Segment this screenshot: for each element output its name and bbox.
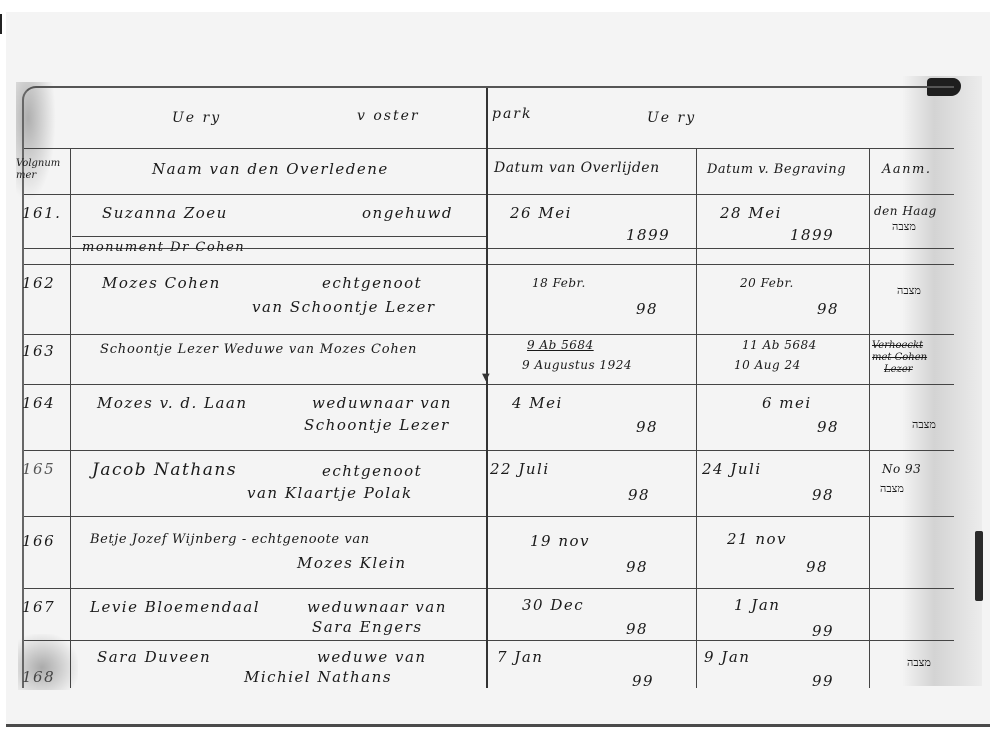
deceased-name: Mozes Cohen — [102, 274, 221, 292]
deceased-name: Sara Duveen — [97, 648, 211, 666]
deceased-status: weduwe van — [317, 648, 427, 666]
death-date-gregorian: 9 Augustus 1924 — [522, 358, 632, 372]
arrow-down-icon: ▼ — [482, 372, 490, 383]
col-header-number: Volgnum mer — [16, 158, 66, 182]
remark-hebrew: מצבה — [907, 656, 931, 669]
death-day: 19 nov — [530, 532, 590, 550]
remark-line: Verhoeckt — [872, 340, 923, 351]
row-number: 161. — [22, 204, 61, 222]
rule-col-burial — [869, 148, 870, 688]
scan-edge-mark — [0, 14, 2, 34]
burial-year: 1899 — [790, 226, 834, 244]
rule-col-number — [70, 148, 71, 688]
row-number: 162 — [22, 274, 55, 292]
burial-day: 20 Febr. — [740, 276, 794, 290]
scan-margin — [0, 0, 1000, 12]
remark-line: met Cohen — [872, 352, 927, 363]
row-number: 165 — [22, 460, 55, 478]
row-number: 166 — [22, 532, 55, 550]
deceased-relation: Michiel Nathans — [244, 668, 392, 686]
rule-row — [24, 640, 954, 641]
title-left-part1: Ue ry — [172, 110, 221, 126]
death-day: 26 Mei — [510, 204, 572, 222]
rule-page-fold — [486, 88, 488, 688]
deceased-relation: Mozes Klein — [297, 554, 406, 572]
col-header-remarks: Aanm. — [882, 162, 931, 177]
rule-row — [24, 384, 954, 385]
remark-hebrew: מצבה — [892, 220, 916, 233]
rule-row — [72, 236, 487, 237]
col-header-burial-date: Datum v. Begraving — [707, 162, 846, 177]
rule-row — [24, 588, 954, 589]
deceased-status: echtgenoot — [322, 462, 422, 480]
burial-date-gregorian: 10 Aug 24 — [734, 358, 801, 372]
deceased-relation: van Klaartje Polak — [247, 484, 413, 502]
title-right-part2: Ue ry — [647, 110, 696, 126]
death-date-hebrew: 9 Ab 5684 — [527, 338, 594, 352]
rule-row — [24, 516, 954, 517]
rule-row — [24, 264, 954, 265]
row-number: 164 — [22, 394, 55, 412]
rule-header — [24, 148, 954, 149]
binding-edge — [975, 531, 983, 601]
rule-columns — [24, 194, 954, 195]
remark-place: den Haag — [874, 204, 937, 218]
death-year: 1899 — [626, 226, 670, 244]
burial-day: 1 Jan — [734, 596, 780, 614]
deceased-name: Betje Jozef Wijnberg - echtgenoote van — [90, 532, 370, 547]
death-year: 98 — [636, 418, 658, 436]
row-number: 163 — [22, 342, 55, 360]
burial-day: 9 Jan — [704, 648, 750, 666]
rule-row — [24, 450, 954, 451]
death-year: 98 — [626, 620, 648, 638]
burial-day: 28 Mei — [720, 204, 782, 222]
burial-year: 99 — [812, 622, 834, 640]
burial-year: 98 — [817, 418, 839, 436]
death-year: 98 — [636, 300, 658, 318]
rule-row — [24, 334, 954, 335]
deceased-note: monument Dr Cohen — [82, 240, 245, 255]
deceased-name: Suzanna Zoeu — [102, 204, 228, 222]
deceased-relation: van Schoontje Lezer — [252, 298, 436, 316]
death-year: 98 — [628, 486, 650, 504]
burial-year: 99 — [812, 672, 834, 690]
deceased-status: echtgenoot — [322, 274, 422, 292]
burial-date-hebrew: 11 Ab 5684 — [742, 338, 817, 352]
death-day: 22 Juli — [490, 460, 550, 478]
remark-hebrew: מצבה — [880, 482, 904, 495]
col-header-death-date: Datum van Overlijden — [494, 160, 660, 176]
rule-col-death — [696, 148, 697, 688]
row-number: 167 — [22, 598, 55, 616]
burial-day: 24 Juli — [702, 460, 762, 478]
title-left-part2: v oster — [357, 108, 420, 124]
burial-day: 21 nov — [727, 530, 787, 548]
deceased-status: weduwnaar van — [312, 394, 452, 412]
burial-year: 98 — [817, 300, 839, 318]
remark-hebrew: מצבה — [912, 418, 936, 431]
deceased-name: Mozes v. d. Laan — [97, 394, 248, 412]
title-right-part1: park — [492, 106, 532, 122]
death-year: 98 — [626, 558, 648, 576]
deceased-name: Levie Bloemendaal — [90, 598, 260, 616]
death-day: 18 Febr. — [532, 276, 586, 290]
deceased-name: Jacob Nathans — [92, 460, 237, 480]
death-day: 30 Dec — [522, 596, 584, 614]
remark-line: Lezer — [884, 364, 913, 375]
deceased-status: weduwnaar van — [307, 598, 447, 616]
row-number: 168 — [22, 668, 55, 686]
burial-day: 6 mei — [762, 394, 812, 412]
burial-year: 98 — [806, 558, 828, 576]
death-day: 4 Mei — [512, 394, 563, 412]
remark-grave-number: No 93 — [882, 462, 921, 476]
deceased-relation: Sara Engers — [312, 618, 423, 636]
col-header-name: Naam van den Overledene — [152, 160, 389, 178]
burial-year: 98 — [812, 486, 834, 504]
deceased-status: ongehuwd — [362, 204, 453, 222]
death-day: 7 Jan — [497, 648, 543, 666]
ledger-page: ▼ Ue ry v oster park Ue ry Volgnum mer N… — [22, 86, 952, 686]
death-year: 99 — [632, 672, 654, 690]
deceased-name: Schoontje Lezer Weduwe van Mozes Cohen — [100, 342, 417, 357]
deceased-relation: Schoontje Lezer — [304, 416, 450, 434]
remark-hebrew: מצבה — [897, 284, 921, 297]
